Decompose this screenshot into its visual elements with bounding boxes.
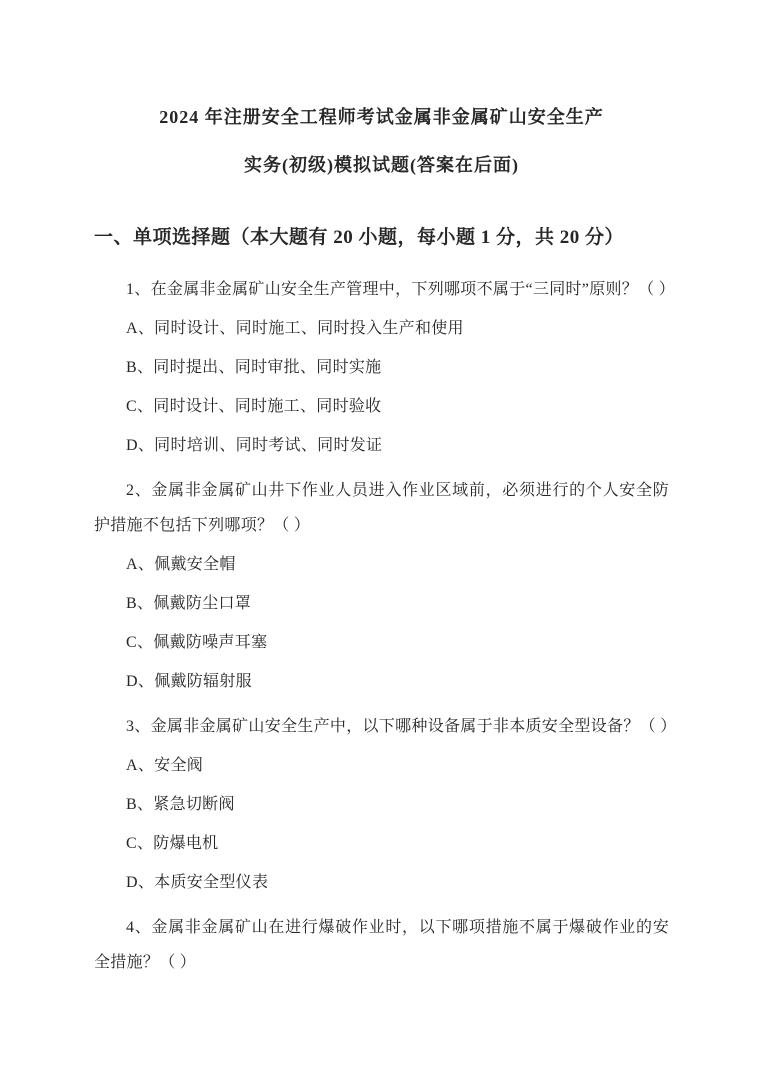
doc-title-line-1: 2024 年注册安全工程师考试金属非金属矿山安全生产 xyxy=(94,104,669,130)
question-2-option-d: D、佩戴防辐射服 xyxy=(94,664,669,699)
question-3-option-d: D、本质安全型仪表 xyxy=(94,865,669,900)
question-3: 3、金属非金属矿山安全生产中，以下哪种设备属于非本质安全型设备？（ ） A、安全… xyxy=(94,709,669,900)
question-3-option-c: C、防爆电机 xyxy=(94,826,669,861)
doc-title-line-2: 实务(初级)模拟试题(答案在后面) xyxy=(94,152,669,178)
question-3-option-b: B、紧急切断阀 xyxy=(94,787,669,822)
question-4-stem: 4、金属非金属矿山在进行爆破作业时，以下哪项措施不属于爆破作业的安全措施？（ ） xyxy=(94,910,669,980)
question-2: 2、金属非金属矿山井下作业人员进入作业区域前，必须进行的个人安全防护措施不包括下… xyxy=(94,473,669,699)
question-2-stem: 2、金属非金属矿山井下作业人员进入作业区域前，必须进行的个人安全防护措施不包括下… xyxy=(94,473,669,543)
question-4: 4、金属非金属矿山在进行爆破作业时，以下哪项措施不属于爆破作业的安全措施？（ ） xyxy=(94,910,669,980)
document-page: 2024 年注册安全工程师考试金属非金属矿山安全生产 实务(初级)模拟试题(答案… xyxy=(0,0,763,1080)
section-heading: 一、单项选择题（本大题有 20 小题，每小题 1 分，共 20 分） xyxy=(94,224,669,252)
question-1-option-d: D、同时培训、同时考试、同时发证 xyxy=(94,428,669,463)
question-3-option-a: A、安全阀 xyxy=(94,748,669,783)
question-2-option-a: A、佩戴安全帽 xyxy=(94,547,669,582)
question-3-stem: 3、金属非金属矿山安全生产中，以下哪种设备属于非本质安全型设备？（ ） xyxy=(94,709,669,744)
question-2-option-c: C、佩戴防噪声耳塞 xyxy=(94,625,669,660)
question-1-stem: 1、在金属非金属矿山安全生产管理中，下列哪项不属于“三同时”原则？（ ） xyxy=(94,272,669,307)
question-1-option-c: C、同时设计、同时施工、同时验收 xyxy=(94,389,669,424)
question-1-option-a: A、同时设计、同时施工、同时投入生产和使用 xyxy=(94,311,669,346)
question-1-option-b: B、同时提出、同时审批、同时实施 xyxy=(94,350,669,385)
question-1: 1、在金属非金属矿山安全生产管理中，下列哪项不属于“三同时”原则？（ ） A、同… xyxy=(94,272,669,463)
question-2-option-b: B、佩戴防尘口罩 xyxy=(94,586,669,621)
